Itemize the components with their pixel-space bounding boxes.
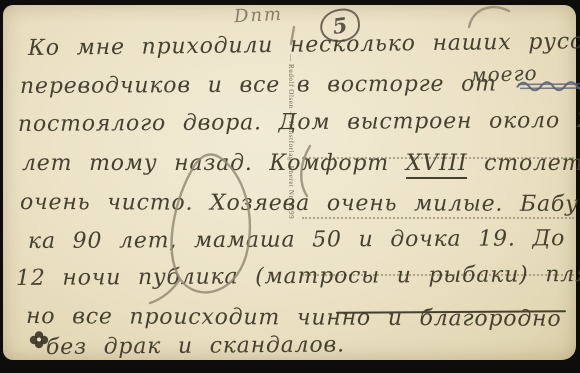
address-dotted-line-2	[302, 217, 574, 219]
handwriting-line-4: лет тому назад. Комфорт XVIII столетия, …	[22, 151, 580, 176]
handwriting-line-6: ка 90 лет, мамаша 50 и дочка 19. До	[28, 226, 565, 254]
handwriting-line-9: без драк и скандалов.	[46, 332, 345, 360]
inserted-word: моего	[470, 61, 538, 87]
handwriting-line-3: постоялого двора. Дом выстроен около 200	[18, 108, 580, 137]
handwriting-line-4-post: столетия, но	[467, 151, 580, 176]
handwriting-line-8: но все происходит чинно и благородно	[26, 304, 562, 332]
handwriting-line-4-pre: лет тому назад. Комфорт	[22, 151, 406, 176]
handwriting-line-2-text: переводчиков и все в восторге от	[20, 71, 514, 99]
postcard-photo: — Rudolf Olsen — Kunstforlag. Eneret Nr.…	[0, 0, 580, 373]
handwriting-line-4-underlined: XVIII	[406, 151, 468, 179]
pencil-note: Dnm	[233, 4, 283, 28]
handwriting-line-7: 12 ночи публика (матросы и рыбаки) пляшу…	[16, 262, 580, 291]
handwriting-line-5: очень чисто. Хозяева очень милые. Бабуш-	[20, 190, 580, 217]
